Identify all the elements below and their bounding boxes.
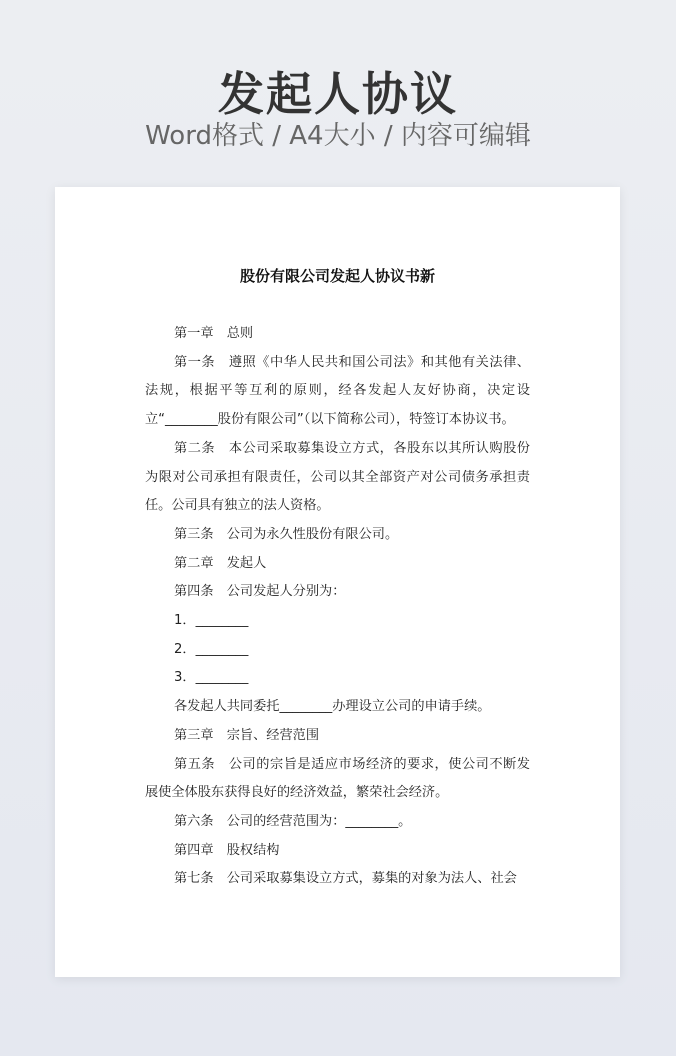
article-paragraph: 第三条 公司为永久性股份有限公司。 xyxy=(145,521,530,550)
list-item: 3．________ xyxy=(145,664,530,693)
list-item: 1．________ xyxy=(145,607,530,636)
page-subtitle: Word格式 / A4大小 / 内容可编辑 xyxy=(0,118,676,154)
article-paragraph: 第五条 公司的宗旨是适应市场经济的要求，使公司不断发展使全体股东获得良好的经济效… xyxy=(145,751,530,808)
document-body: 第一章 总则 第一条 遵照《中华人民共和国公司法》和其他有关法律、法规，根据平等… xyxy=(145,320,530,894)
document-title: 股份有限公司发起人协议书新 xyxy=(55,265,620,286)
article-paragraph: 第四条 公司发起人分别为： xyxy=(145,578,530,607)
list-item: 2．________ xyxy=(145,636,530,665)
article-paragraph: 第七条 公司采取募集设立方式，募集的对象为法人、社会 xyxy=(145,865,530,894)
chapter-heading: 第三章 宗旨、经营范围 xyxy=(145,722,530,751)
page-title: 发起人协议 xyxy=(0,64,676,124)
chapter-heading: 第一章 总则 xyxy=(145,320,530,349)
chapter-heading: 第四章 股权结构 xyxy=(145,837,530,866)
article-paragraph: 第六条 公司的经营范围为：________。 xyxy=(145,808,530,837)
article-paragraph: 各发起人共同委托________办理设立公司的申请手续。 xyxy=(145,693,530,722)
article-paragraph: 第二条 本公司采取募集设立方式，各股东以其所认购股份为限对公司承担有限责任，公司… xyxy=(145,435,530,521)
article-paragraph: 第一条 遵照《中华人民共和国公司法》和其他有关法律、法规，根据平等互利的原则，经… xyxy=(145,349,530,435)
document-page: 股份有限公司发起人协议书新 第一章 总则 第一条 遵照《中华人民共和国公司法》和… xyxy=(55,187,620,977)
chapter-heading: 第二章 发起人 xyxy=(145,550,530,579)
